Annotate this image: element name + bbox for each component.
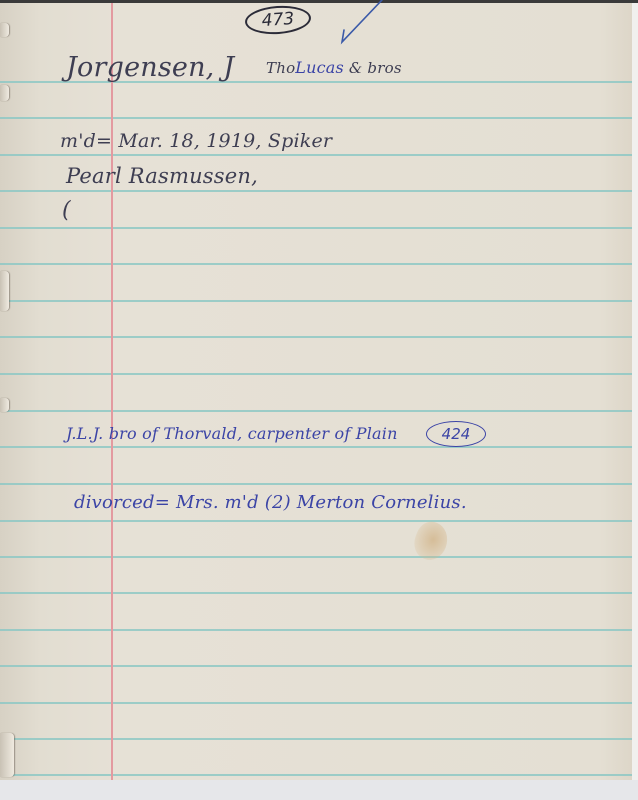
- rule-line: [0, 154, 632, 156]
- reference-number: 424: [426, 421, 486, 447]
- binder-hole: [0, 23, 9, 37]
- married-line: m'd= Mar. 18, 1919, Spiker: [60, 130, 332, 152]
- paper-right-edge: [632, 3, 638, 780]
- rule-line: [0, 520, 632, 522]
- rule-line: [0, 190, 632, 192]
- rule-line: [0, 665, 632, 667]
- name-note: ThoLucas & bros: [266, 58, 402, 77]
- binder-hole: [0, 271, 9, 311]
- relation-line: J.L.J. bro of Thorvald, carpenter of Pla…: [66, 424, 398, 443]
- rule-line: [0, 483, 632, 485]
- binder-hole: [0, 733, 14, 777]
- binder-hole: [0, 85, 9, 101]
- rule-line: [0, 629, 632, 631]
- rule-line: [0, 373, 632, 375]
- rule-line: [0, 263, 632, 265]
- scan-bottom-edge: [0, 780, 638, 800]
- margin-line: [111, 3, 113, 780]
- rule-line: [0, 592, 632, 594]
- entry-name: Jorgensen, J: [66, 52, 234, 83]
- rule-line: [0, 702, 632, 704]
- binder-hole: [0, 398, 9, 412]
- name-note-rest: & bros: [349, 59, 402, 77]
- divorce-line: divorced= Mrs. m'd (2) Merton Cornelius.: [74, 492, 467, 513]
- rule-line: [0, 410, 632, 412]
- notebook-page: [0, 3, 632, 780]
- checkmark-icon: [330, 0, 390, 50]
- name-note-overwrite: Lucas: [295, 58, 344, 77]
- rule-line: [0, 117, 632, 119]
- spouse-name: Pearl Rasmussen,: [66, 164, 258, 188]
- rule-line: [0, 227, 632, 229]
- rule-line: [0, 446, 632, 448]
- rule-line: [0, 774, 632, 776]
- rule-line: [0, 556, 632, 558]
- rule-line: [0, 336, 632, 338]
- name-note-pencil: Tho: [266, 59, 295, 77]
- rule-line: [0, 738, 632, 740]
- open-paren: (: [62, 198, 71, 223]
- rule-line: [0, 300, 632, 302]
